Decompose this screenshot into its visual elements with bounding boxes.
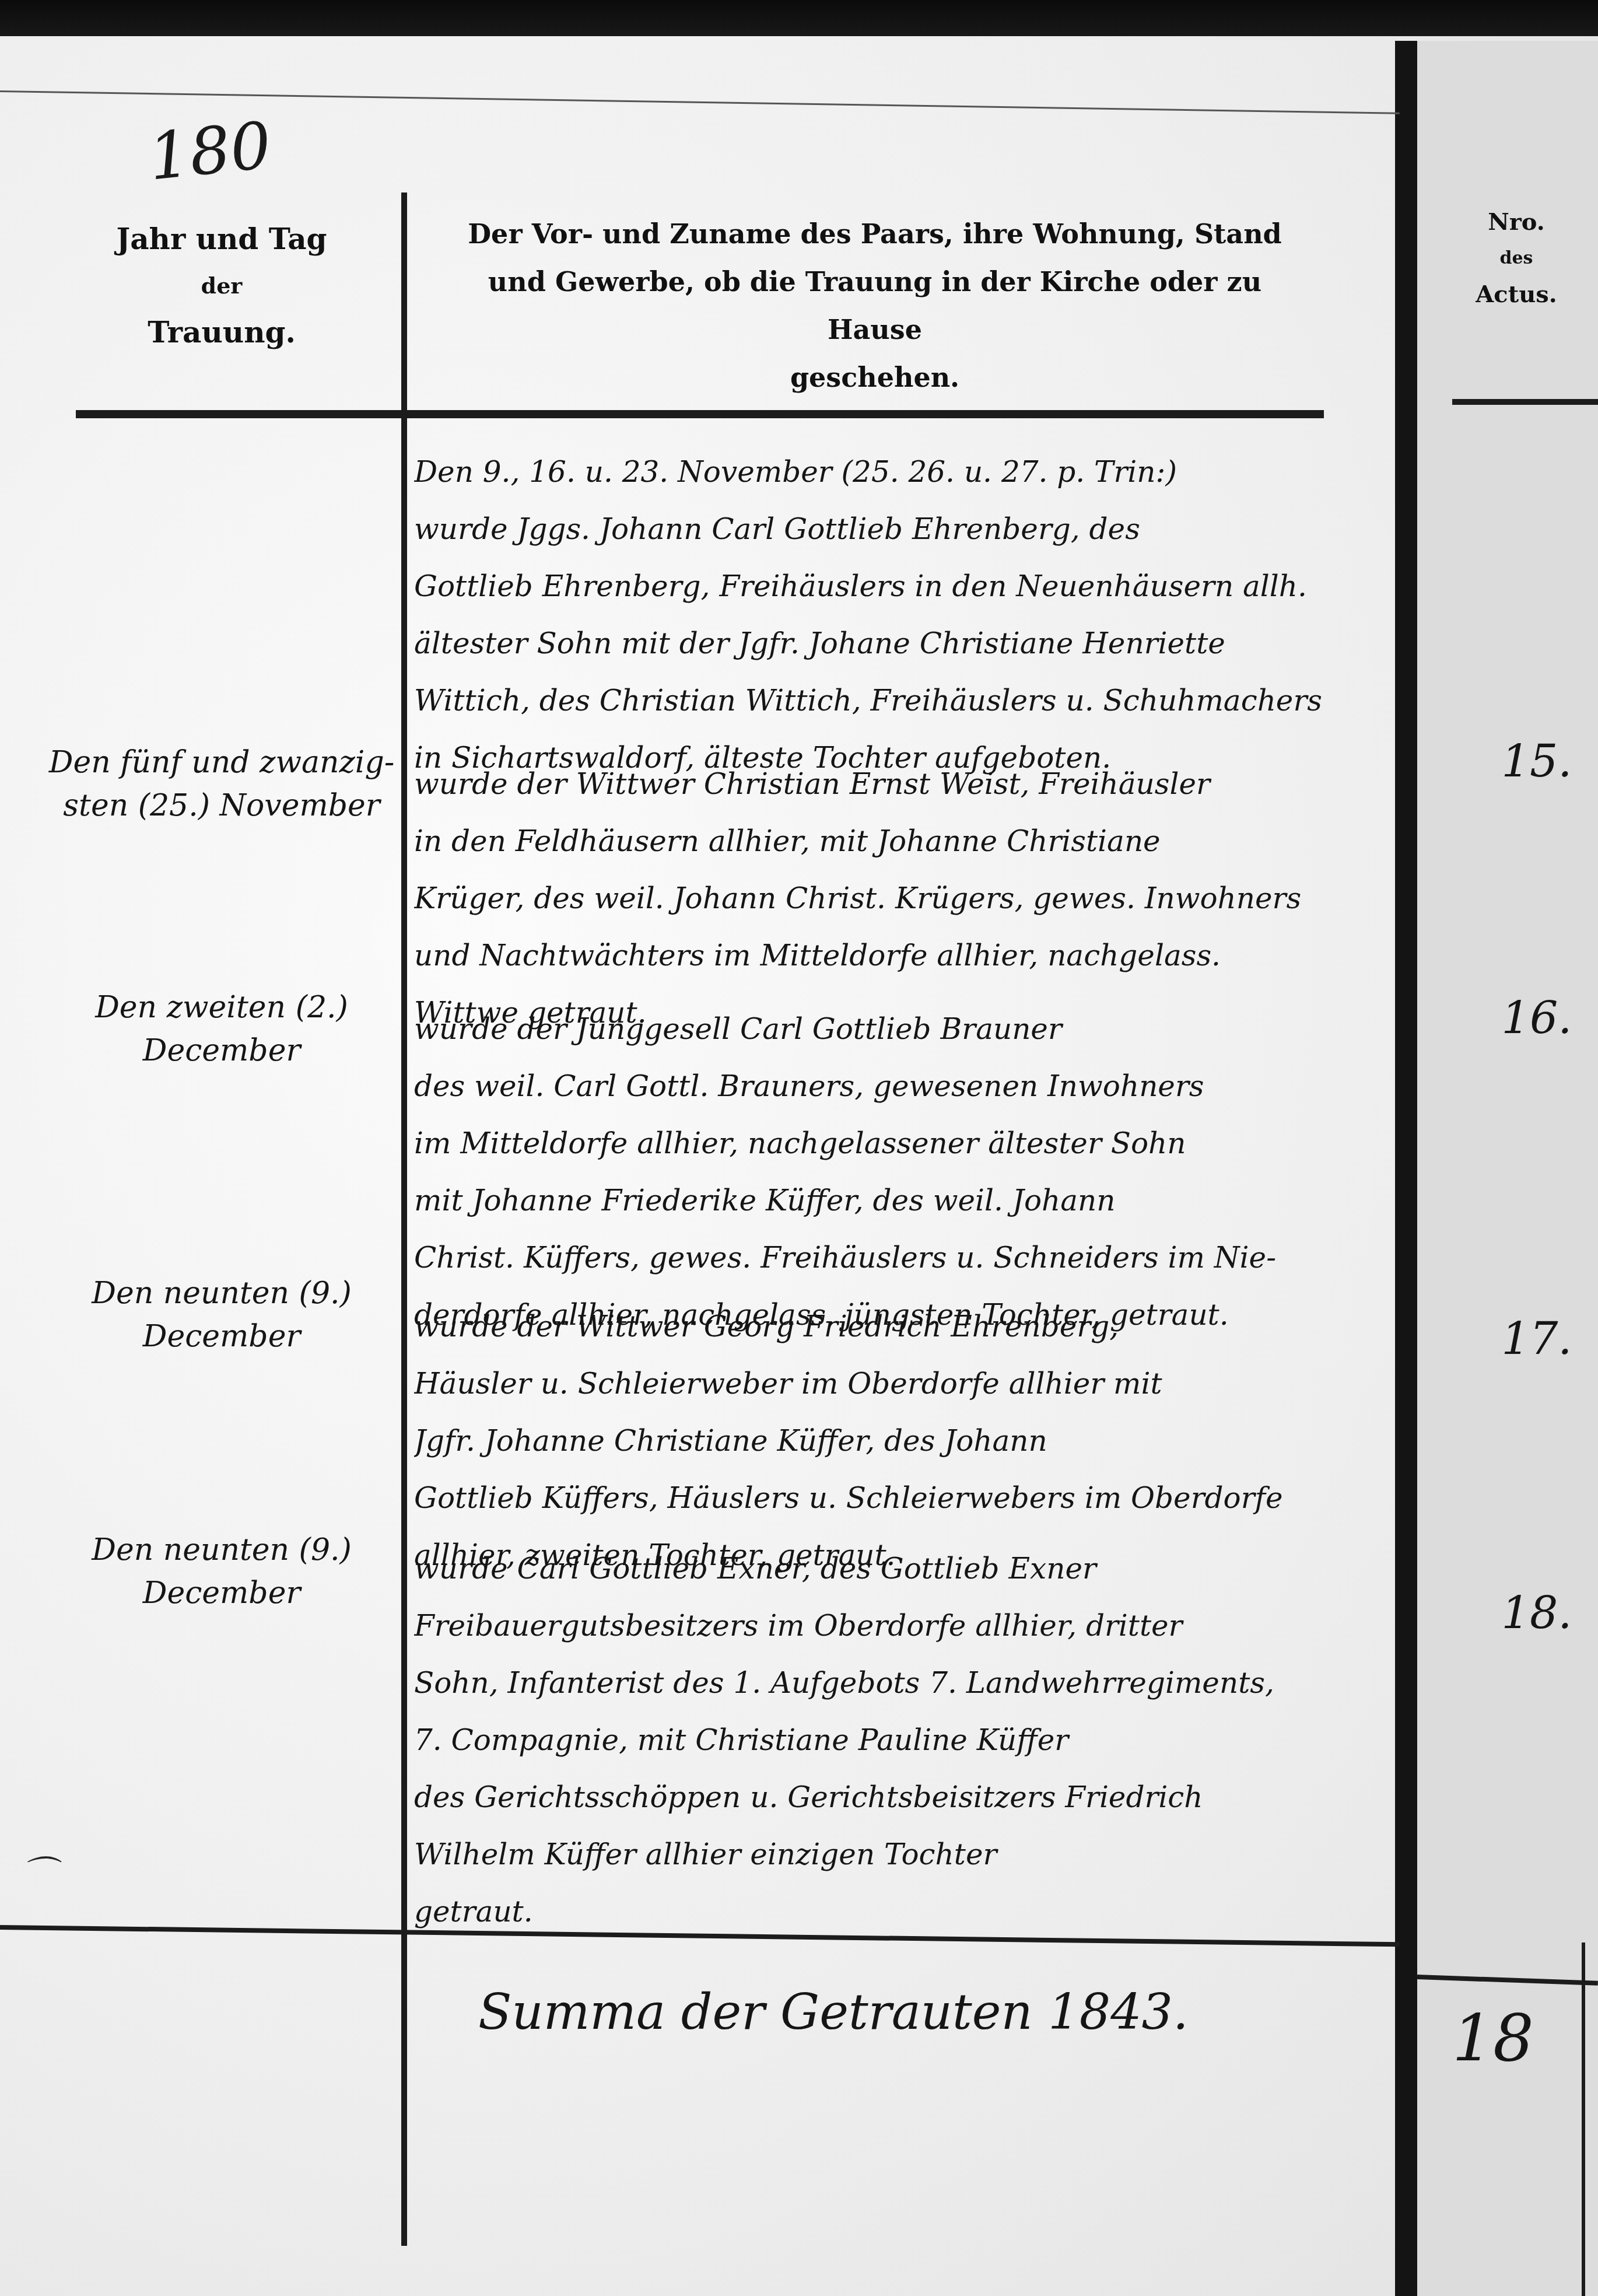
summa-total: 18 (1446, 2001, 1540, 2075)
entry-line: wurde der Wittwer Georg Friedrich Ehrenb… (414, 1298, 1376, 1355)
column-divider-date (401, 192, 407, 2246)
entry-line: Wittich, des Christian Wittich, Freihäus… (414, 672, 1376, 729)
entry-line: Gottlieb Küffers, Häuslers u. Schleierwe… (414, 1469, 1376, 1527)
scan-dark-border (0, 0, 1598, 41)
header-names-column: Der Vor- und Zuname des Paars, ihre Wohn… (443, 210, 1306, 401)
entry-line: im Mitteldorfe allhier, nachgelassener ä… (414, 1115, 1376, 1172)
header-line: Der Vor- und Zuname des Paars, ihre Wohn… (443, 210, 1306, 258)
header-line: des (1435, 240, 1598, 276)
entry-line: Freibauergutsbesitzers im Oberdorfe allh… (414, 1597, 1376, 1654)
summa-line: Summa der Getrauten 1843. (478, 1983, 1353, 2041)
column-divider-number-right (1582, 1943, 1585, 2296)
entry-number: 15. (1493, 735, 1581, 787)
register-entry-banns: Den 9., 16. u. 23. November (25. 26. u. … (414, 443, 1376, 786)
entry-number: 16. (1493, 992, 1581, 1044)
register-entry: wurde der Junggesell Carl Gottlieb Braun… (414, 1000, 1376, 1343)
date-line: Den neunten (9.) (47, 1528, 397, 1571)
entry-line: getraut. (414, 1883, 1376, 1940)
entry-line: wurde der Wittwer Christian Ernst Weist,… (414, 755, 1376, 813)
date-line: Den zweiten (2.) (47, 986, 397, 1029)
entry-date: Den fünf und zwanzig- sten (25.) Novembe… (47, 741, 397, 827)
entry-line: Wilhelm Küffer allhier einzigen Tochter (414, 1826, 1376, 1883)
entry-date: Den neunten (9.) December (47, 1528, 397, 1615)
register-entry: wurde der Wittwer Christian Ernst Weist,… (414, 755, 1376, 1041)
entry-line: Sohn, Infanterist des 1. Aufgebots 7. La… (414, 1654, 1376, 1711)
entry-line: mit Johanne Friederike Küffer, des weil.… (414, 1172, 1376, 1229)
entry-number: 18. (1493, 1587, 1581, 1639)
entry-line: Gottlieb Ehrenberg, Freihäuslers in den … (414, 558, 1376, 615)
page-gutter-rule (1395, 41, 1417, 2296)
entry-number: 17. (1493, 1312, 1581, 1364)
entry-line: Krüger, des weil. Johann Christ. Krügers… (414, 870, 1376, 927)
header-line: geschehen. (443, 353, 1306, 401)
entry-line: Häusler u. Schleierweber im Oberdorfe al… (414, 1355, 1376, 1412)
header-line: Nro. (1435, 204, 1598, 240)
register-entry: wurde Carl Gottlieb Exner, des Gottlieb … (414, 1540, 1376, 1940)
entry-date: Den neunten (9.) December (47, 1272, 397, 1358)
date-line: December (47, 1571, 397, 1615)
entry-line: und Nachtwächters im Mitteldorfe allhier… (414, 927, 1376, 984)
header-line: und Gewerbe, ob die Trauung in der Kirch… (443, 258, 1306, 353)
entry-line: ältester Sohn mit der Jgfr. Johane Chris… (414, 615, 1376, 672)
date-line: Den neunten (9.) (47, 1272, 397, 1315)
entry-line: Jgfr. Johanne Christiane Küffer, des Joh… (414, 1412, 1376, 1469)
header-line: Actus. (1435, 276, 1598, 313)
entry-line: in den Feldhäusern allhier, mit Johanne … (414, 813, 1376, 870)
date-line: December (47, 1315, 397, 1358)
date-line: Den fünf und zwanzig- (47, 741, 397, 784)
header-line: der (70, 262, 373, 309)
entry-line: wurde Jggs. Johann Carl Gottlieb Ehrenbe… (414, 501, 1376, 558)
entry-date: Den zweiten (2.) December (47, 986, 397, 1072)
entry-line: Den 9., 16. u. 23. November (25. 26. u. … (414, 443, 1376, 501)
header-line: Jahr und Tag (70, 216, 373, 262)
header-bottom-rule-right (1452, 399, 1598, 405)
header-line: Trauung. (70, 309, 373, 356)
header-date-column: Jahr und Tag der Trauung. (70, 216, 373, 356)
entry-line: des Gerichtsschöppen u. Gerichtsbeisitze… (414, 1769, 1376, 1826)
adjacent-page-strip (1417, 41, 1598, 2296)
header-bottom-rule-left (76, 410, 1324, 418)
date-line: December (47, 1029, 397, 1072)
margin-stray-mark: ⌒ (21, 1846, 56, 1896)
header-number-column: Nro. des Actus. (1435, 204, 1598, 313)
entry-line: wurde Carl Gottlieb Exner, des Gottlieb … (414, 1540, 1376, 1597)
entry-line: 7. Compagnie, mit Christiane Pauline Küf… (414, 1711, 1376, 1769)
page-number: 180 (145, 107, 275, 194)
entry-line: des weil. Carl Gottl. Brauners, gewesene… (414, 1058, 1376, 1115)
entry-line: wurde der Junggesell Carl Gottlieb Braun… (414, 1000, 1376, 1058)
date-line: sten (25.) November (47, 784, 397, 827)
entry-line: Christ. Küffers, gewes. Freihäuslers u. … (414, 1229, 1376, 1286)
